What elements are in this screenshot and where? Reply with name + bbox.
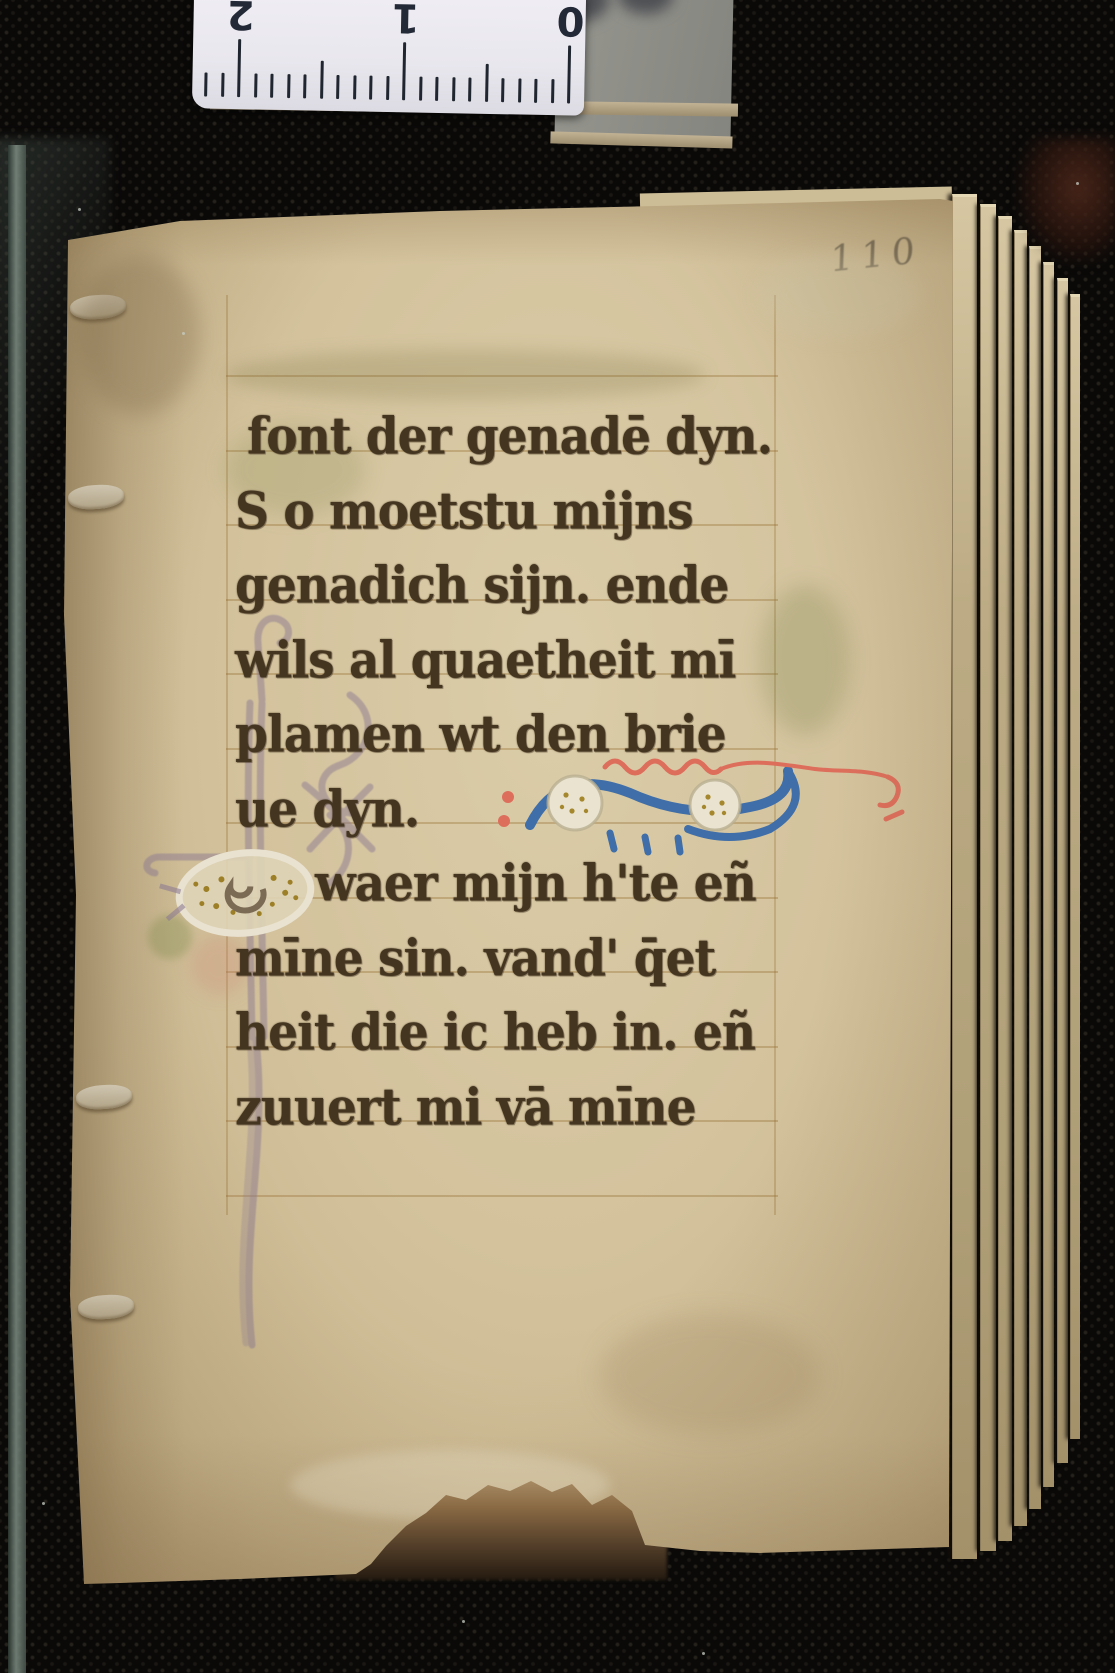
fore-edge-leaf [1070, 294, 1080, 1439]
manuscript-line: genadich sijn. ende [235, 556, 728, 615]
ruler-number: 1 [391, 0, 420, 41]
ruler-tick [320, 61, 324, 99]
card-printing-blur [617, 0, 674, 15]
manuscript-photo: 210 110 [0, 0, 1115, 1673]
sewing-station [67, 483, 125, 511]
ruler-number: 2 [226, 0, 255, 37]
glass-edge [8, 145, 26, 1673]
ruler-tick: 2 [237, 39, 241, 97]
manuscript-page: 110 [60, 195, 955, 1585]
stain [80, 255, 200, 415]
manuscript-line: heit die ic heb in. eñ [235, 1003, 755, 1062]
stain [225, 350, 705, 400]
dust-speck [702, 1652, 705, 1655]
dust-speck [42, 1502, 45, 1505]
ruler-tick [336, 75, 339, 99]
fore-edge-leaf [1014, 230, 1027, 1526]
fore-edge-leaf [952, 194, 977, 1559]
ruler-tick [468, 78, 471, 102]
stain [600, 1315, 820, 1435]
dust-speck [78, 208, 81, 211]
ruler-tick [287, 74, 290, 98]
ruler-tick [452, 77, 455, 101]
ruler-tick [386, 76, 389, 100]
fore-edge-leaf [980, 204, 996, 1551]
manuscript-line: zuuert mi vā mīne [235, 1078, 696, 1137]
ruler-scale: 210 [204, 34, 571, 103]
ruler-tick [518, 78, 521, 102]
ruler-tick [270, 74, 273, 98]
red-colon [498, 791, 514, 827]
manuscript-line: waer mijn h'te eñ [315, 854, 756, 913]
ruler-tick [221, 73, 224, 97]
ruler-tick: 0 [567, 45, 571, 103]
binding-corner-blur [1018, 138, 1115, 263]
manuscript-line: ue dyn. [235, 780, 419, 839]
ruler-tick [369, 76, 372, 100]
fore-edge-leaf [998, 216, 1012, 1541]
fore-edge-stack [938, 158, 1115, 1598]
ruler-tick [303, 74, 306, 98]
ruler-strip: 210 [192, 0, 586, 116]
ruler-tick [501, 78, 504, 102]
ruler-tick [551, 79, 554, 103]
manuscript-line: plamen wt den brie [235, 705, 726, 764]
manuscript-line: mīne sin. vand' q̄et [235, 929, 715, 988]
green-smudge [148, 915, 192, 959]
dust-speck [182, 332, 185, 335]
ruler-tick [254, 73, 257, 97]
stain [760, 255, 920, 335]
manuscript-line: S o moetstu mijns [235, 482, 693, 541]
ruler-tick: 1 [402, 42, 406, 100]
stain [760, 585, 850, 735]
ruler-tick [204, 72, 207, 96]
ruler-number: 0 [556, 0, 585, 44]
manuscript-line: wils al quaetheit mī [235, 631, 735, 690]
ruler-tick [485, 64, 489, 102]
manuscript-line: font der genadē dyn. [247, 407, 772, 466]
ruler-tick [353, 75, 356, 99]
ruler-tick [435, 77, 438, 101]
fore-edge-leaf [1057, 278, 1068, 1463]
dust-speck [1076, 182, 1079, 185]
fore-edge-leaf [1029, 246, 1041, 1509]
dust-speck [462, 1620, 465, 1623]
ruler-tick [534, 79, 537, 103]
ruler-tick [419, 77, 422, 101]
fore-edge-leaf [1043, 262, 1054, 1487]
